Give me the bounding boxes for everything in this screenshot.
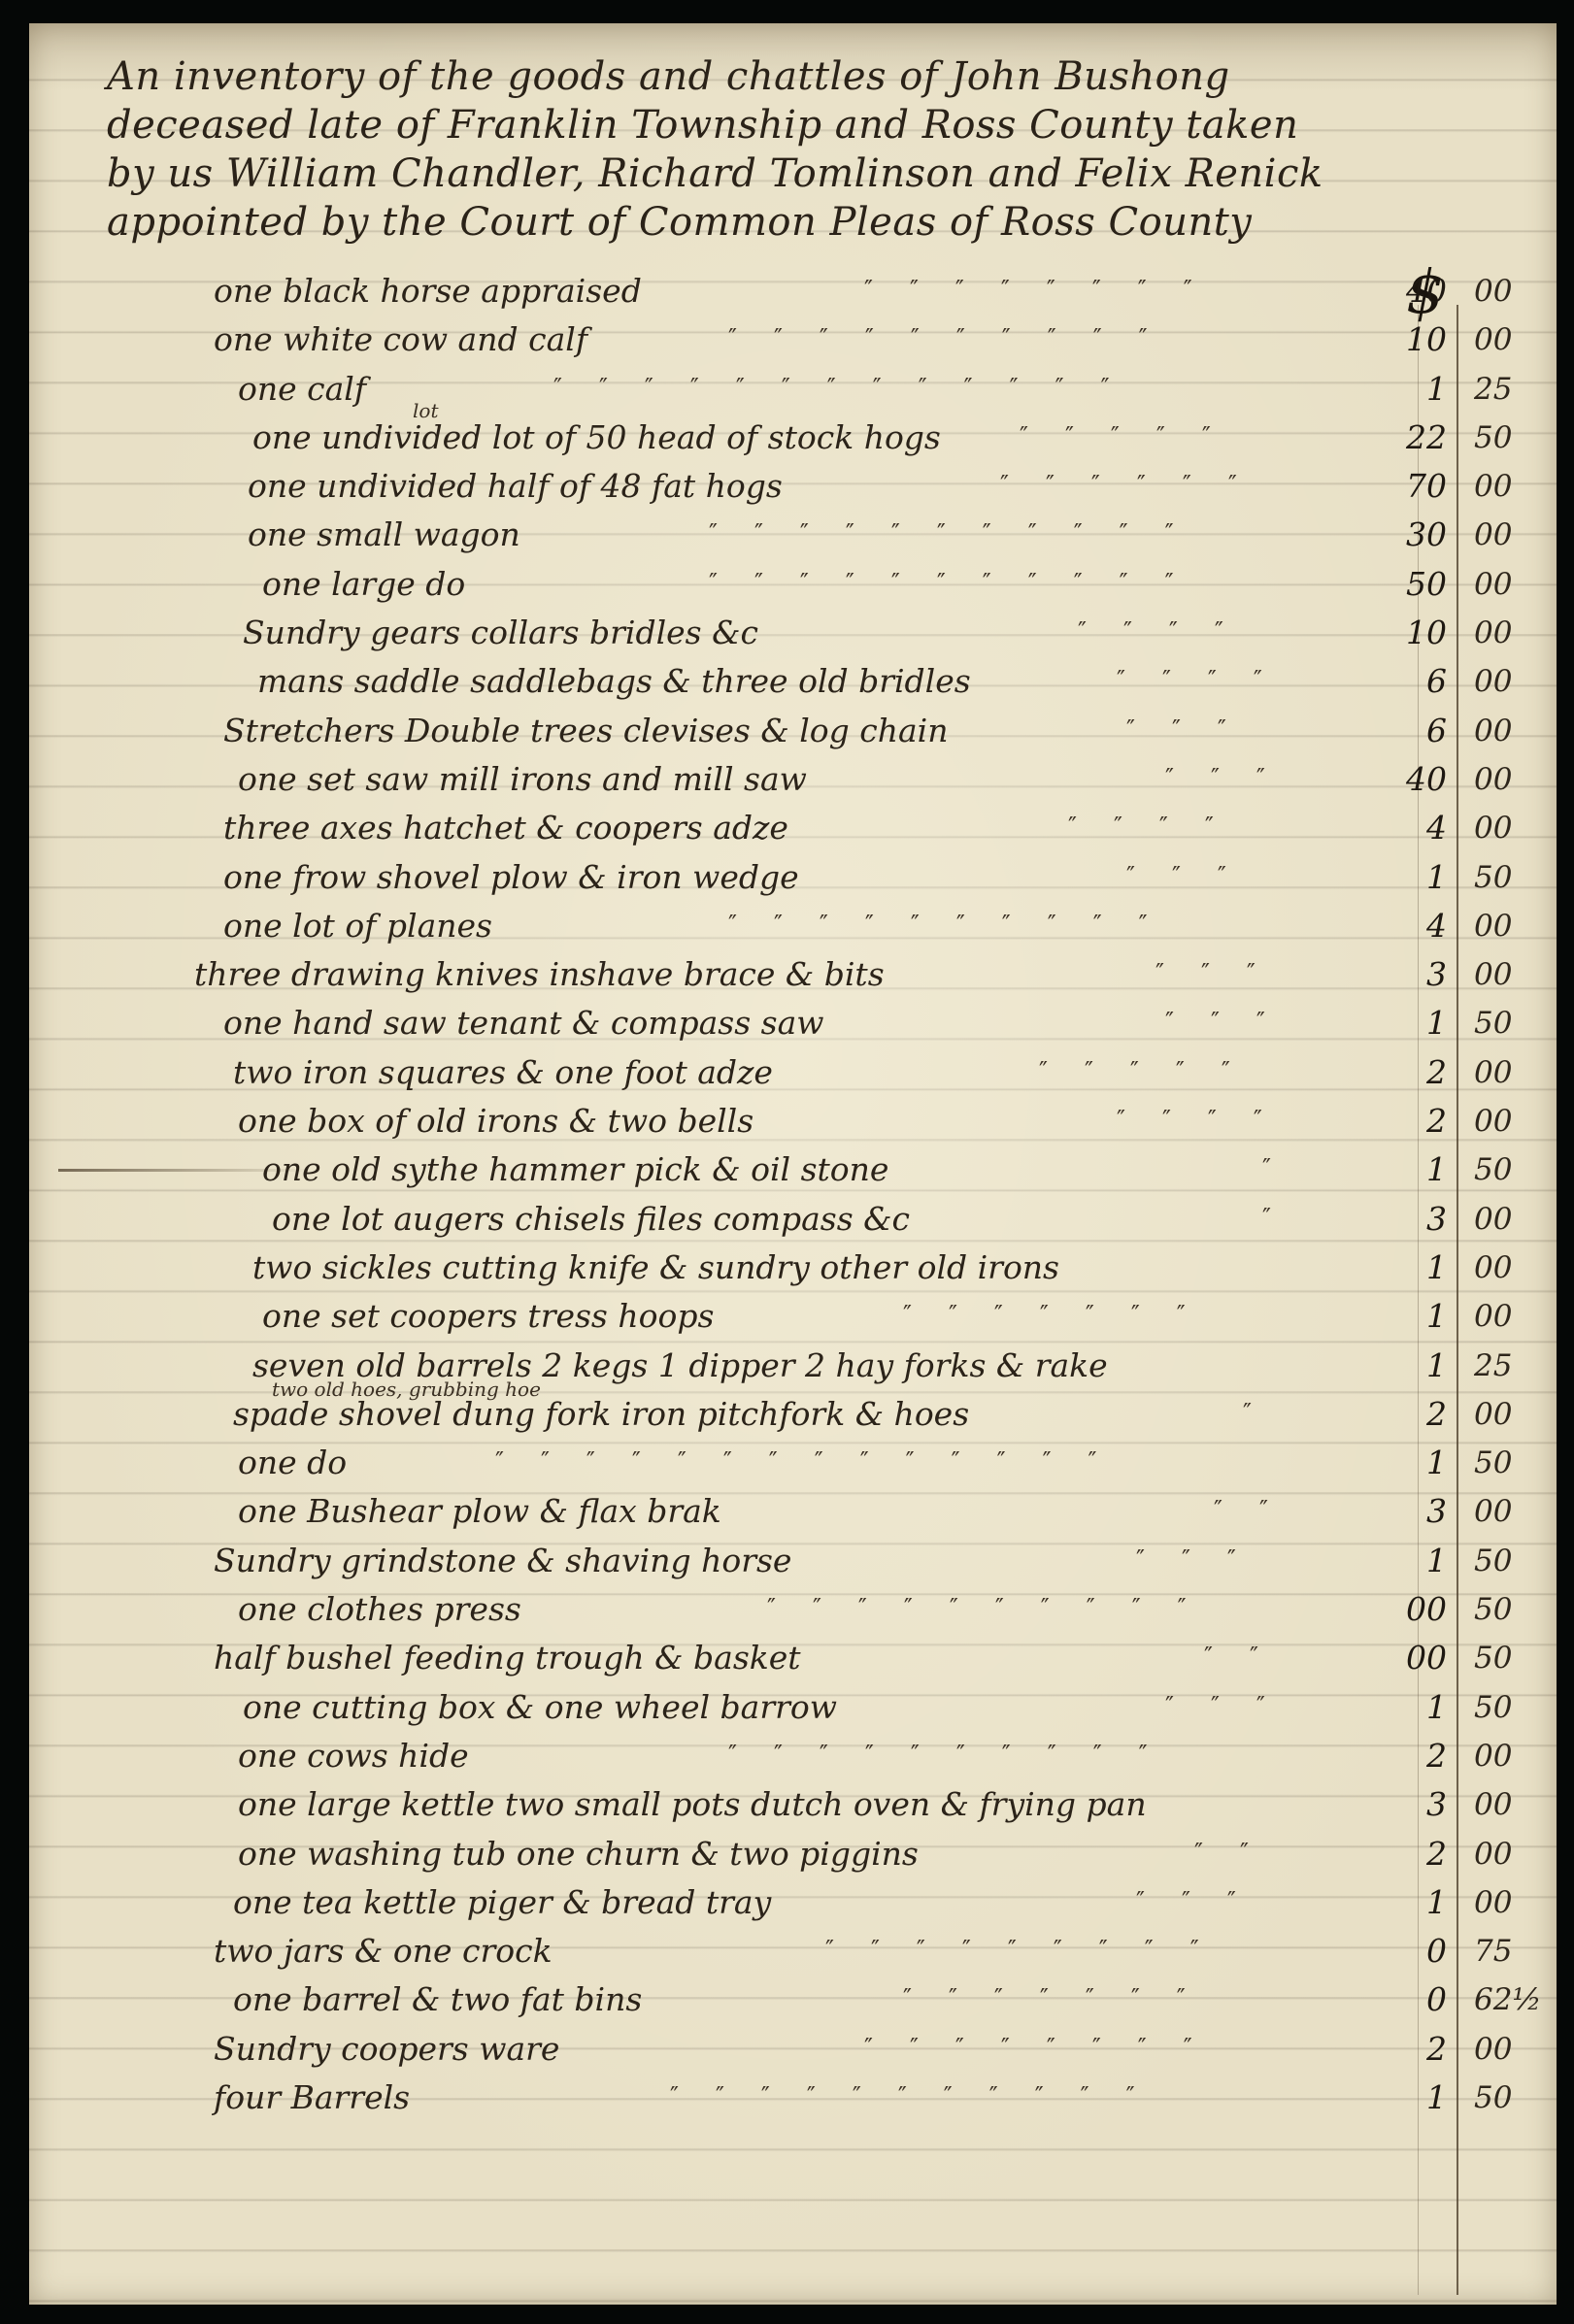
amount-cents: 00	[1474, 1053, 1542, 1092]
ditto-marks: ″	[1243, 1399, 1289, 1426]
amount-cents: 00	[1474, 272, 1542, 311]
amount-dollars: 30	[1389, 515, 1447, 554]
amount-dollars: 0	[1389, 1980, 1447, 2019]
inventory-row: one cows hide″″″″″″″″″″200	[29, 1731, 1557, 1779]
amount-cents: 25	[1474, 1346, 1542, 1385]
item-description: one box of old irons & two bells	[238, 1102, 754, 1141]
inventory-row: one frow shovel plow & iron wedge″″″150	[29, 852, 1557, 901]
ditto-marks: ″″″″″″″″″″	[767, 1594, 1223, 1621]
amount-cents: 00	[1474, 1395, 1542, 1434]
inventory-row: one set saw mill irons and mill saw″″″40…	[29, 754, 1557, 803]
inventory-row: one box of old irons & two bells″″″″200	[29, 1096, 1557, 1145]
item-description: two sickles cutting knife & sundry other…	[252, 1248, 1059, 1287]
ditto-marks: ″″″″″″″″	[864, 2034, 1229, 2061]
item-description: spade shovel dung fork iron pitchfork & …	[233, 1395, 969, 1434]
ditto-marks: ″″″″″″	[1000, 471, 1274, 498]
amount-cents: 00	[1474, 1785, 1542, 1824]
amount-dollars: 1	[1389, 1883, 1447, 1922]
item-description: one set saw mill irons and mill saw	[238, 760, 807, 799]
amount-dollars: 10	[1389, 320, 1447, 359]
amount-cents: 00	[1474, 515, 1542, 554]
ditto-marks: ″″″″″	[1020, 422, 1248, 449]
amount-dollars: 4	[1389, 809, 1447, 847]
ditto-marks: ″″″″″″″″″″	[728, 911, 1185, 938]
amount-cents: 00	[1474, 1883, 1542, 1922]
amount-cents: 00	[1474, 1835, 1542, 1874]
amount-cents: 00	[1474, 1297, 1542, 1336]
amount-dollars: 1	[1389, 1688, 1447, 1727]
amount-cents: 25	[1474, 370, 1542, 409]
ditto-marks: ″″″″	[1078, 617, 1260, 645]
inventory-row: spade shovel dung fork iron pitchfork & …	[29, 1389, 1557, 1438]
amount-dollars: 1	[1389, 2078, 1447, 2117]
amount-dollars: 40	[1389, 272, 1447, 311]
amount-dollars: 1	[1389, 370, 1447, 409]
item-description: one hand saw tenant & compass saw	[223, 1004, 824, 1043]
amount-dollars: 00	[1389, 1590, 1447, 1629]
inventory-row: two iron squares & one foot adze″″″″″200	[29, 1047, 1557, 1096]
amount-cents: 50	[1474, 1542, 1542, 1580]
amount-dollars: 10	[1389, 614, 1447, 652]
amount-dollars: 1	[1389, 858, 1447, 897]
amount-dollars: 3	[1389, 1200, 1447, 1239]
interlinear-note: two old hoes, grubbing hoe	[272, 1378, 541, 1401]
inventory-row: Stretchers Double trees clevises & log c…	[29, 706, 1557, 754]
inventory-row: one small wagon″″″″″″″″″″″3000	[29, 510, 1557, 558]
amount-dollars: 6	[1389, 712, 1447, 750]
ditto-marks: ″″″″″″″″″	[825, 1936, 1236, 1963]
inventory-row: one cutting box & one wheel barrow″″″150	[29, 1682, 1557, 1731]
amount-cents: 00	[1474, 809, 1542, 847]
amount-cents: 50	[1474, 1004, 1542, 1043]
ditto-marks: ″″″″″″″″″″″	[709, 569, 1211, 596]
inventory-row: Sundry coopers ware″″″″″″″″200	[29, 2024, 1557, 2073]
amount-cents: 62½	[1474, 1980, 1542, 2019]
inventory-row: four Barrels″″″″″″″″″″″150	[29, 2073, 1557, 2121]
item-description: one old sythe hammer pick & oil stone	[262, 1150, 888, 1189]
inventory-row: one hand saw tenant & compass saw″″″150	[29, 998, 1557, 1046]
amount-cents: 00	[1474, 760, 1542, 799]
ditto-marks: ″″″″″	[1039, 1057, 1267, 1084]
item-description: three axes hatchet & coopers adze	[223, 809, 788, 847]
inventory-row: Sundry grindstone & shaving horse″″″150	[29, 1536, 1557, 1584]
amount-cents: 50	[1474, 858, 1542, 897]
item-description: one undivided half of 48 fat hogs	[248, 467, 783, 506]
amount-cents: 00	[1474, 1102, 1542, 1141]
ditto-marks: ″″″″	[1117, 1106, 1299, 1133]
inventory-row: three axes hatchet & coopers adze″″″″400	[29, 803, 1557, 851]
amount-dollars: 70	[1389, 467, 1447, 506]
inventory-row: one lot augers chisels files compass &c″…	[29, 1194, 1557, 1243]
item-description: half bushel feeding trough & basket	[214, 1639, 801, 1677]
item-description: mans saddle saddlebags & three old bridl…	[257, 662, 971, 701]
item-description: one clothes press	[238, 1590, 521, 1629]
amount-dollars: 6	[1389, 662, 1447, 701]
amount-dollars: 3	[1389, 955, 1447, 994]
amount-cents: 00	[1474, 1248, 1542, 1287]
ditto-marks: ″	[1262, 1204, 1308, 1231]
inventory-row: one calf″″″″″″″″″″″″″125	[29, 364, 1557, 413]
amount-cents: 00	[1474, 662, 1542, 701]
ditto-marks: ″″″″″″″″	[864, 276, 1229, 303]
amount-dollars: 2	[1389, 1102, 1447, 1141]
amount-dollars: 1	[1389, 1297, 1447, 1336]
amount-cents: 00	[1474, 907, 1542, 946]
item-description: one black horse appraised	[214, 272, 642, 311]
item-description: two iron squares & one foot adze	[233, 1053, 773, 1092]
item-description: Sundry gears collars bridles &c	[243, 614, 758, 652]
amount-dollars: 2	[1389, 1835, 1447, 1874]
amount-dollars: 0	[1389, 1932, 1447, 1971]
heading-line-2: deceased late of Franklin Township and R…	[107, 101, 1524, 149]
amount-cents: 50	[1474, 1444, 1542, 1482]
ditto-marks: ″″″″″″″″″″″	[709, 519, 1211, 547]
inventory-row: one do″″″″″″″″″″″″″″150	[29, 1438, 1557, 1486]
amount-cents: 50	[1474, 1590, 1542, 1629]
amount-cents: 50	[1474, 1639, 1542, 1677]
amount-cents: 00	[1474, 712, 1542, 750]
item-description: four Barrels	[214, 2078, 410, 2117]
item-description: Sundry coopers ware	[214, 2030, 559, 2069]
inventory-row: one large kettle two small pots dutch ov…	[29, 1779, 1557, 1828]
amount-dollars: 2	[1389, 1737, 1447, 1776]
interlinear-note: lot	[413, 399, 438, 422]
item-description: one small wagon	[248, 515, 520, 554]
amount-dollars: 22	[1389, 418, 1447, 457]
item-description: one set coopers tress hoops	[262, 1297, 714, 1336]
item-description: one undivided lot of 50 head of stock ho…	[252, 418, 941, 457]
item-description: one cutting box & one wheel barrow	[243, 1688, 837, 1727]
ditto-marks: ″″″″″″″″″″″″″	[553, 374, 1147, 401]
inventory-row: three drawing knives inshave brace & bit…	[29, 949, 1557, 998]
item-description: one white cow and calf	[214, 320, 587, 359]
ditto-marks: ″″″″	[1117, 666, 1299, 693]
inventory-row: two jars & one crock″″″″″″″″″075	[29, 1926, 1557, 1975]
ditto-marks: ″″	[1194, 1839, 1286, 1866]
item-description: one calf	[238, 370, 366, 409]
amount-dollars: 1	[1389, 1346, 1447, 1385]
amount-dollars: 1	[1389, 1150, 1447, 1189]
inventory-row: Sundry gears collars bridles &c″″″″1000	[29, 608, 1557, 656]
item-description: one large kettle two small pots dutch ov…	[238, 1785, 1147, 1824]
amount-dollars: 1	[1389, 1444, 1447, 1482]
inventory-row: seven old barrels 2 kegs 1 dipper 2 hay …	[29, 1341, 1557, 1389]
item-description: one cows hide	[238, 1737, 469, 1776]
ditto-marks: ″″″″	[1068, 813, 1251, 840]
amount-cents: 00	[1474, 320, 1542, 359]
amount-cents: 00	[1474, 1737, 1542, 1776]
ditto-marks: ″	[1262, 1154, 1308, 1181]
amount-dollars: 4	[1389, 907, 1447, 946]
amount-dollars: 50	[1389, 565, 1447, 604]
amount-dollars: 3	[1389, 1492, 1447, 1531]
inventory-row: one black horse appraised″″″″″″″″4000	[29, 266, 1557, 315]
inventory-row: one barrel & two fat bins″″″″″″″062½	[29, 1975, 1557, 2023]
ditto-marks: ″″″	[1126, 862, 1263, 889]
amount-cents: 00	[1474, 955, 1542, 994]
inventory-row: one old sythe hammer pick & oil stone″15…	[29, 1145, 1557, 1193]
ditto-marks: ″″″	[1165, 764, 1302, 791]
inventory-row: one Bushear plow & flax brak″″300	[29, 1486, 1557, 1535]
amount-dollars: 40	[1389, 760, 1447, 799]
inventory-row: mans saddle saddlebags & three old bridl…	[29, 656, 1557, 705]
document-heading: An inventory of the goods and chattles o…	[107, 52, 1524, 247]
heading-line-3: by us William Chandler, Richard Tomlinso…	[107, 149, 1524, 198]
ditto-marks: ″″″″″″″″″″	[728, 324, 1185, 351]
item-description: Stretchers Double trees clevises & log c…	[223, 712, 948, 750]
ditto-marks: ″″″″″″″	[903, 1301, 1222, 1328]
inventory-row: one set coopers tress hoops″″″″″″″100	[29, 1291, 1557, 1340]
amount-cents: 50	[1474, 1150, 1542, 1189]
inventory-sheet: An inventory of the goods and chattles o…	[29, 23, 1557, 2305]
amount-dollars: 2	[1389, 2030, 1447, 2069]
ditto-marks: ″″″	[1165, 1008, 1302, 1035]
amount-cents: 00	[1474, 565, 1542, 604]
item-description: two jars & one crock	[214, 1932, 553, 1971]
heading-line-1: An inventory of the goods and chattles o…	[107, 52, 1524, 101]
ditto-marks: ″″	[1204, 1643, 1295, 1670]
inventory-row: two sickles cutting knife & sundry other…	[29, 1243, 1557, 1291]
inventory-row: one washing tub one churn & two piggins″…	[29, 1829, 1557, 1877]
item-description: one do	[238, 1444, 347, 1482]
amount-dollars: 1	[1389, 1542, 1447, 1580]
amount-dollars: 00	[1389, 1639, 1447, 1677]
amount-dollars: 2	[1389, 1053, 1447, 1092]
inventory-row: half bushel feeding trough & basket″″005…	[29, 1633, 1557, 1681]
amount-dollars: 1	[1389, 1248, 1447, 1287]
item-description: Sundry grindstone & shaving horse	[214, 1542, 791, 1580]
item-description: one frow shovel plow & iron wedge	[223, 858, 799, 897]
inventory-row: one undivided lot of 50 head of stock ho…	[29, 413, 1557, 461]
amount-cents: 75	[1474, 1932, 1542, 1971]
amount-cents: 00	[1474, 1200, 1542, 1239]
amount-dollars: 3	[1389, 1785, 1447, 1824]
ditto-marks: ″″″″″″″″″″″	[670, 2082, 1172, 2109]
ditto-marks: ″″″″″″″″″″″″″″	[495, 1447, 1134, 1475]
ditto-marks: ″″″	[1136, 1545, 1273, 1573]
item-description: one large do	[262, 565, 465, 604]
item-description: one lot augers chisels files compass &c	[272, 1200, 910, 1239]
inventory-row: one large do″″″″″″″″″″″5000	[29, 559, 1557, 608]
inventory-list: one black horse appraised″″″″″″″″4000one…	[29, 266, 1557, 2121]
inventory-row: one clothes press″″″″″″″″″″0050	[29, 1584, 1557, 1633]
inventory-row: one tea kettle piger & bread tray″″″100	[29, 1877, 1557, 1926]
amount-cents: 50	[1474, 418, 1542, 457]
item-description: one lot of planes	[223, 907, 492, 946]
item-description: three drawing knives inshave brace & bit…	[194, 955, 885, 994]
item-description: one tea kettle piger & bread tray	[233, 1883, 771, 1922]
amount-cents: 00	[1474, 467, 1542, 506]
amount-dollars: 2	[1389, 1395, 1447, 1434]
amount-cents: 00	[1474, 614, 1542, 652]
amount-cents: 00	[1474, 1492, 1542, 1531]
ditto-marks: ″″	[1214, 1496, 1305, 1523]
ditto-marks: ″″″″″″″″″″	[728, 1741, 1185, 1768]
ditto-marks: ″″″	[1155, 959, 1292, 986]
amount-cents: 50	[1474, 1688, 1542, 1727]
amount-cents: 00	[1474, 2030, 1542, 2069]
ditto-marks: ″″″	[1165, 1692, 1302, 1719]
heading-line-4: appointed by the Court of Common Pleas o…	[107, 198, 1524, 247]
ditto-marks: ″″″	[1136, 1887, 1273, 1914]
inventory-row: one undivided half of 48 fat hogs″″″″″″7…	[29, 461, 1557, 510]
item-description: one barrel & two fat bins	[233, 1980, 642, 2019]
item-description: one washing tub one churn & two piggins	[238, 1835, 919, 1874]
inventory-row: one lot of planes″″″″″″″″″″400	[29, 901, 1557, 949]
amount-cents: 50	[1474, 2078, 1542, 2117]
inventory-row: one white cow and calf″″″″″″″″″″1000	[29, 315, 1557, 363]
ditto-marks: ″″″″″″″	[903, 1984, 1222, 2011]
amount-dollars: 1	[1389, 1004, 1447, 1043]
item-description: one Bushear plow & flax brak	[238, 1492, 721, 1531]
ditto-marks: ″″″	[1126, 715, 1263, 743]
